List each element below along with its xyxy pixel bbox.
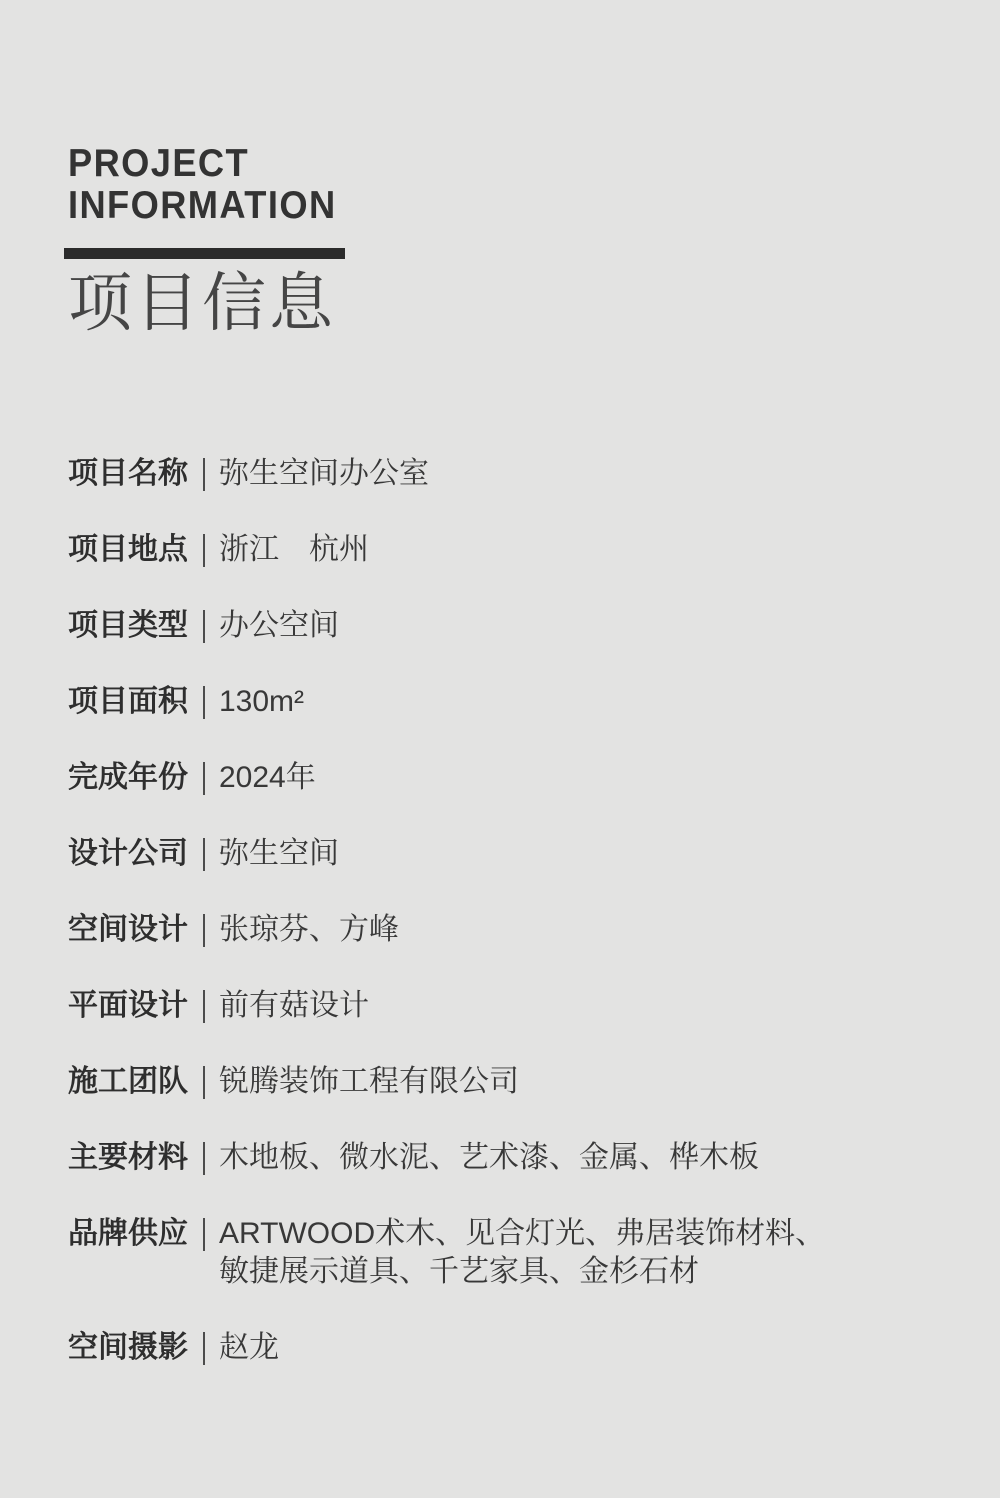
info-row: 项目地点 浙江 杭州 bbox=[68, 531, 940, 569]
info-row-value: 2024年 bbox=[219, 759, 316, 797]
info-rows: 项目名称 弥生空间办公室 项目地点 浙江 杭州 项目类型 办公空间 项目面积 1… bbox=[68, 455, 940, 1367]
divider-line bbox=[203, 838, 205, 871]
divider-line bbox=[203, 686, 205, 719]
info-row-label: 项目地点 bbox=[68, 531, 192, 569]
info-row-label: 平面设计 bbox=[68, 987, 192, 1025]
divider-line bbox=[203, 762, 205, 795]
info-row: 设计公司 弥生空间 bbox=[68, 835, 940, 873]
info-row-value: 弥生空间办公室 bbox=[219, 455, 429, 493]
info-row-value: 弥生空间 bbox=[219, 835, 339, 873]
info-row-value: 浙江 杭州 bbox=[219, 531, 369, 569]
info-row-value: 前有菇设计 bbox=[219, 987, 369, 1025]
info-row: 空间摄影 赵龙 bbox=[68, 1329, 940, 1367]
info-row-label: 施工团队 bbox=[68, 1063, 192, 1101]
info-row-label: 项目名称 bbox=[68, 455, 192, 493]
info-row-label: 项目类型 bbox=[68, 607, 192, 645]
info-row-value: 张琼芬、方峰 bbox=[219, 911, 399, 949]
info-row-label: 完成年份 bbox=[68, 759, 192, 797]
page-title-english: PROJECT INFORMATION bbox=[68, 143, 879, 227]
info-row-label: 设计公司 bbox=[68, 835, 192, 873]
info-row-value: ARTWOOD术木、见合灯光、弗居装饰材料、 敏捷展示道具、千艺家具、金杉石材 bbox=[219, 1215, 825, 1291]
info-row: 主要材料 木地板、微水泥、艺术漆、金属、桦木板 bbox=[68, 1139, 940, 1177]
info-row: 施工团队 锐腾装饰工程有限公司 bbox=[68, 1063, 940, 1101]
divider-line bbox=[203, 458, 205, 491]
divider-line bbox=[203, 990, 205, 1023]
info-row-label: 空间摄影 bbox=[68, 1329, 192, 1367]
divider-line bbox=[203, 1332, 205, 1365]
info-row-value: 130m² bbox=[219, 683, 304, 721]
divider-line bbox=[203, 914, 205, 947]
info-row: 项目面积 130m² bbox=[68, 683, 940, 721]
info-row-label: 主要材料 bbox=[68, 1139, 192, 1177]
divider-line bbox=[203, 1218, 205, 1251]
divider-line bbox=[203, 1066, 205, 1099]
info-row: 空间设计 张琼芬、方峰 bbox=[68, 911, 940, 949]
divider-line bbox=[203, 610, 205, 643]
project-information-page: PROJECT INFORMATION 项目信息 项目名称 弥生空间办公室 项目… bbox=[0, 0, 1000, 1498]
info-row-label: 品牌供应 bbox=[68, 1215, 192, 1253]
page-title-chinese: 项目信息 bbox=[68, 265, 940, 341]
divider-line bbox=[203, 534, 205, 567]
info-row-value: 办公空间 bbox=[219, 607, 339, 645]
info-row: 项目类型 办公空间 bbox=[68, 607, 940, 645]
info-row-label: 空间设计 bbox=[68, 911, 192, 949]
accent-bar bbox=[64, 248, 345, 259]
info-row: 平面设计 前有菇设计 bbox=[68, 987, 940, 1025]
info-row-value: 锐腾装饰工程有限公司 bbox=[219, 1063, 519, 1101]
divider-line bbox=[203, 1142, 205, 1175]
info-row-value: 木地板、微水泥、艺术漆、金属、桦木板 bbox=[219, 1139, 759, 1177]
info-row: 项目名称 弥生空间办公室 bbox=[68, 455, 940, 493]
info-row: 品牌供应 ARTWOOD术木、见合灯光、弗居装饰材料、 敏捷展示道具、千艺家具、… bbox=[68, 1215, 940, 1291]
info-row-label: 项目面积 bbox=[68, 683, 192, 721]
info-row: 完成年份 2024年 bbox=[68, 759, 940, 797]
info-row-value: 赵龙 bbox=[219, 1329, 279, 1367]
